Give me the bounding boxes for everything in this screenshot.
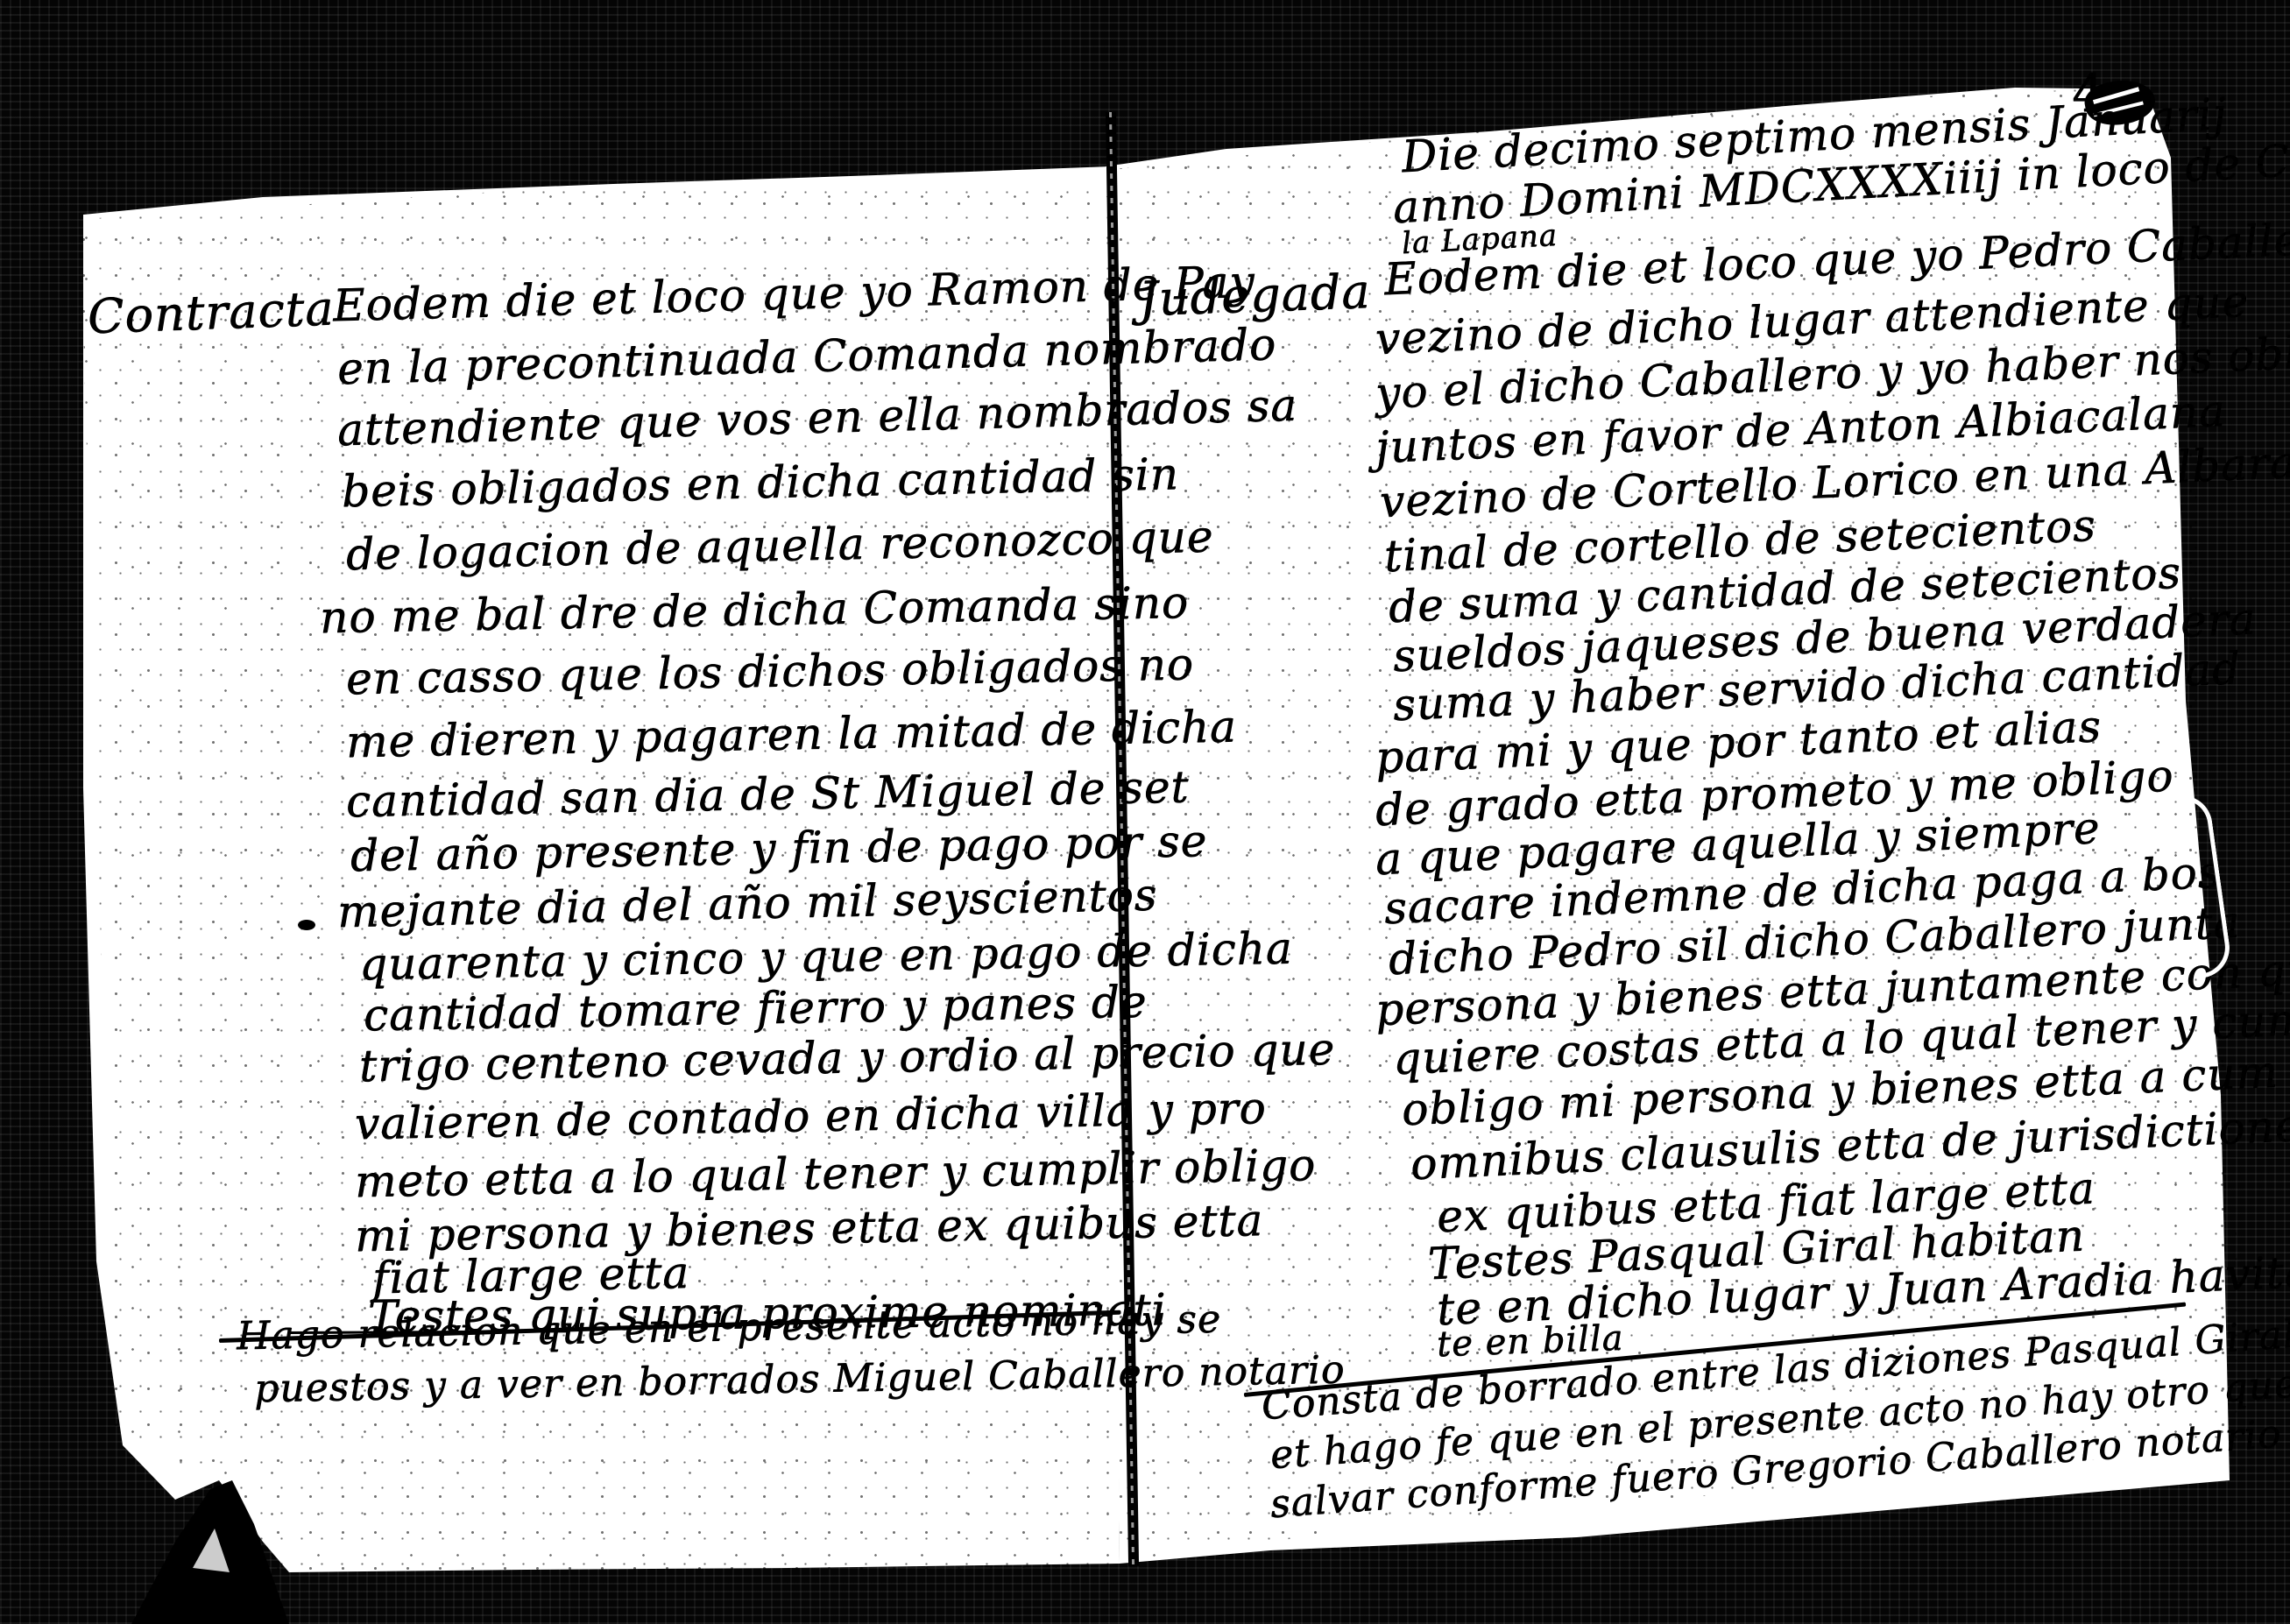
left-margin-note: Contracta bbox=[87, 280, 335, 344]
margin-mark bbox=[298, 920, 315, 930]
right-line-25: te en billa bbox=[1436, 1318, 1624, 1365]
right-margin-note: Judegada bbox=[1138, 264, 1372, 327]
scanned-manuscript: 4 Contracta Eodem die et loco que yo Ram… bbox=[0, 0, 2290, 1624]
